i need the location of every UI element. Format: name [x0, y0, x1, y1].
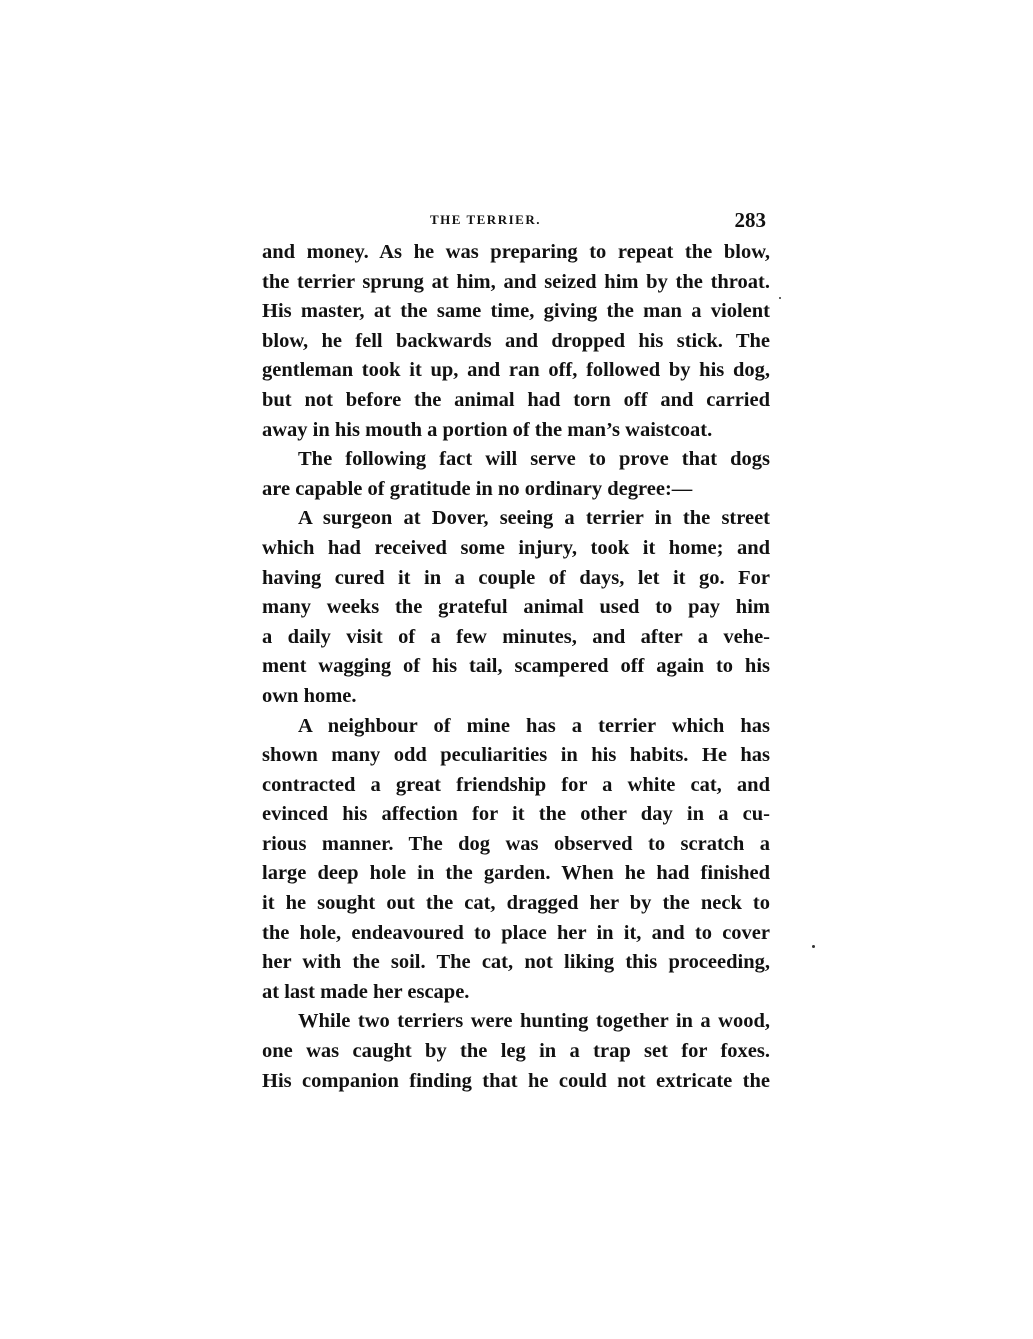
text-line: are capable of gratitude in no ordinary … [262, 475, 770, 505]
text-line: His master, at the same time, giving the… [262, 297, 770, 327]
text-line: which had received some injury, took it … [262, 534, 770, 564]
text-line: having cured it in a couple of days, let… [262, 564, 770, 594]
text-line: rious manner. The dog was observed to sc… [262, 830, 770, 860]
text-line: His companion finding that he could not … [262, 1067, 770, 1097]
text-line: A surgeon at Dover, seeing a terrier in … [262, 504, 770, 534]
text-line: away in his mouth a portion of the man’s… [262, 416, 770, 446]
scan-speck [812, 945, 815, 948]
text-line: ment wagging of his tail, scampered off … [262, 652, 770, 682]
scan-speck [779, 297, 781, 299]
page-number: 283 [735, 208, 767, 233]
paragraph: While two terriers were hunting together… [262, 1007, 770, 1096]
text-line: blow, he fell backwards and dropped his … [262, 327, 770, 357]
text-line: own home. [262, 682, 770, 712]
text-line: evinced his affection for it the other d… [262, 800, 770, 830]
paragraph: A neighbour of mine has a terrier which … [262, 712, 770, 1008]
text-line: and money. As he was preparing to repeat… [262, 238, 770, 268]
text-line: her with the soil. The cat, not liking t… [262, 948, 770, 978]
text-line: but not before the animal had torn off a… [262, 386, 770, 416]
text-line: the hole, endeavoured to place her in it… [262, 919, 770, 949]
text-line: contracted a great friendship for a whit… [262, 771, 770, 801]
paragraph: A surgeon at Dover, seeing a terrier in … [262, 504, 770, 711]
running-head: THE TERRIER. 283 [262, 208, 770, 238]
paragraph: The following fact will serve to prove t… [262, 445, 770, 504]
text-line: While two terriers were hunting together… [262, 1007, 770, 1037]
running-title: THE TERRIER. [430, 212, 541, 228]
text-line: at last made her escape. [262, 978, 770, 1008]
text-line: many weeks the grateful animal used to p… [262, 593, 770, 623]
text-line: a daily visit of a few minutes, and afte… [262, 623, 770, 653]
text-line: gentleman took it up, and ran off, follo… [262, 356, 770, 386]
paragraph: and money. As he was preparing to repeat… [262, 238, 770, 445]
text-line: A neighbour of mine has a terrier which … [262, 712, 770, 742]
book-page: THE TERRIER. 283 and money. As he was pr… [262, 208, 770, 1096]
text-line: it he sought out the cat, dragged her by… [262, 889, 770, 919]
text-line: The following fact will serve to prove t… [262, 445, 770, 475]
text-line: shown many odd peculiarities in his habi… [262, 741, 770, 771]
text-line: one was caught by the leg in a trap set … [262, 1037, 770, 1067]
text-line: large deep hole in the garden. When he h… [262, 859, 770, 889]
body-text: and money. As he was preparing to repeat… [262, 238, 770, 1096]
text-line: the terrier sprung at him, and seized hi… [262, 268, 770, 298]
